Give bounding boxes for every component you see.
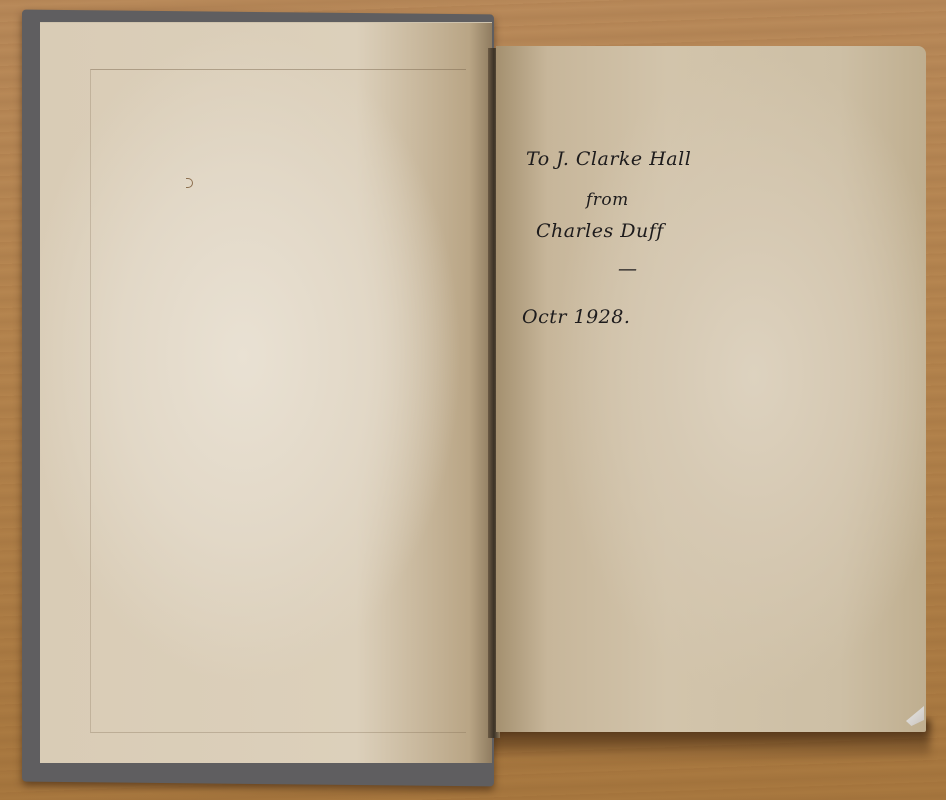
inscription-author: Charles Duff <box>536 220 664 242</box>
inscription-recipient: To J. Clarke Hall <box>526 148 691 170</box>
cover-turn-in-outline <box>90 69 466 733</box>
corner-fold <box>906 706 924 726</box>
handwritten-inscription: To J. Clarke Hall from Charles Duff — Oc… <box>522 140 782 340</box>
left-endpaper <box>40 22 492 763</box>
inscription-rule: — <box>618 258 638 280</box>
inscription-date: Octr 1928. <box>522 306 630 328</box>
inscription-from: from <box>586 190 629 210</box>
